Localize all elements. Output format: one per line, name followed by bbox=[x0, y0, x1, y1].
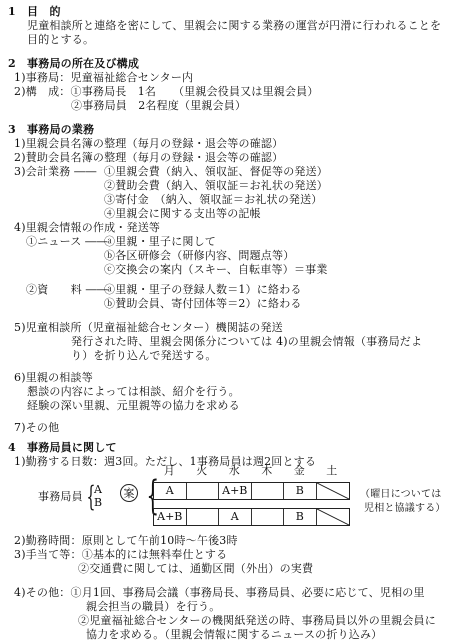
news-label: ①ニュース ―― bbox=[26, 235, 108, 248]
section-3-item-6-heading: 6)里親の相談等 bbox=[14, 371, 93, 384]
schedule-label: 事務局員 bbox=[38, 490, 83, 503]
cell-diagonal bbox=[317, 483, 350, 499]
cell bbox=[187, 483, 220, 499]
section-4-item-4a: 4)その他：①月1回、事務局会議（事務局長、事務局員、必要に応じて、児相の里 bbox=[14, 586, 425, 599]
schedule-row-1: A A+B B bbox=[153, 482, 350, 500]
section-3-item-1: 1)里親会員名簿の整理（毎月の登録・退会等の確認） bbox=[14, 137, 283, 150]
section-3-item-5-heading: 5)児童相談所（児童福祉総合センター）機関誌の発送 bbox=[14, 321, 283, 334]
section-4-heading: 4 事務局員に関して bbox=[8, 441, 117, 454]
schedule-note-line-1: （曜日については bbox=[360, 488, 441, 501]
accounting-line-3: ③寄付金 （納入、領収証＝お礼状の発送） bbox=[104, 193, 323, 206]
section-4-item-4b: 親会担当の職員）を行う。 bbox=[86, 600, 220, 613]
day-thu: 木 bbox=[251, 464, 284, 477]
section-4-item-2: 2)勤務時間：原則として午前10時～午後3時 bbox=[14, 534, 238, 547]
materials-line-1: ⓐ里親・里子の登録人数＝1）に絡わる bbox=[104, 283, 302, 296]
materials-label: ②資 料 ―― bbox=[26, 283, 108, 296]
accounting-line-4: ④里親会に関する支出等の記帳 bbox=[104, 207, 261, 220]
schedule-row-2: A+B A B bbox=[153, 508, 350, 526]
cell: A bbox=[219, 509, 252, 525]
section-1-body-line2: 目的とする。 bbox=[27, 33, 94, 46]
section-1-heading: 1 目 的 bbox=[8, 5, 61, 18]
section-3-item-3-label: 3)会計業務 ―― bbox=[14, 165, 97, 178]
section-3-heading: 3 事務局の業務 bbox=[8, 123, 94, 136]
section-1-body-line1: 児童相談所と連絡を密にして、里親会に関する業務の運営が円滑に行われることを bbox=[27, 19, 441, 32]
section-3-item-6-body-1: 懇談の内容によっては相談、紹介を行う。 bbox=[27, 385, 240, 398]
section-3-item-5-body-2: り）を折り込んで発送する。 bbox=[71, 349, 217, 362]
cell: B bbox=[284, 509, 317, 525]
section-2-item-1: 1)事務局：児童福祉総合センター内 bbox=[14, 71, 193, 84]
member-a: A bbox=[94, 483, 102, 496]
news-line-2: ⓑ各区研修会（研修内容、問題点等） bbox=[104, 249, 294, 262]
cell: A+B bbox=[219, 483, 252, 499]
day-wed: 水 bbox=[218, 464, 251, 477]
schedule-day-header: 月 火 水 木 金 土 bbox=[153, 464, 348, 477]
section-4-item-3a: 3)手当て等：①基本的には無料奉仕とする bbox=[14, 548, 227, 561]
cell: B bbox=[284, 483, 317, 499]
day-tue: 火 bbox=[186, 464, 219, 477]
section-2-item-2a: 2)構 成：①事務局長 1名 （里親会役員又は里親会員） bbox=[14, 85, 319, 98]
section-4-item-3b: ②交通費に関しては、通勤区間（外出）の実費 bbox=[78, 562, 313, 575]
member-b: B bbox=[94, 496, 102, 509]
section-4-item-4c: ②児童福祉総合センターの機関紙発送の時、事務局員以外の里親会員に bbox=[78, 614, 436, 627]
section-3-item-2: 2)賛助会員名簿の整理（毎月の登録・退会等の確認） bbox=[14, 151, 283, 164]
day-sat: 土 bbox=[316, 464, 349, 477]
day-fri: 金 bbox=[283, 464, 316, 477]
news-line-1: ⓐ里親・里子に関して bbox=[104, 235, 216, 248]
schedule-note-line-2: 児相と協議する） bbox=[364, 502, 446, 515]
plan-mark-circle: 案 bbox=[120, 484, 138, 502]
cell bbox=[187, 509, 220, 525]
section-2-heading: 2 事務局の所在及び構成 bbox=[8, 57, 139, 70]
accounting-line-2: ②賛助会費（納入、領収証＝お礼状の発送） bbox=[104, 179, 328, 192]
section-3-item-7-heading: 7)その他 bbox=[14, 421, 59, 434]
section-2-item-2b: ②事務局員 2名程度（里親会員） bbox=[71, 99, 246, 112]
accounting-line-1: ①里親会費（納入、領収証、督促等の発送） bbox=[104, 165, 328, 178]
news-line-3: ⓒ交換会の案内（スキー、自転車等）＝事業 bbox=[104, 263, 328, 276]
section-3-item-4-heading: 4)里親会情報の作成・発送等 bbox=[14, 221, 160, 234]
materials-line-2: ⓑ賛助会員、寄付団体等＝2）に絡わる bbox=[104, 297, 302, 310]
cell: A bbox=[154, 483, 187, 499]
section-3-item-5-body-1: 発行された時、里親会関係分については 4)の里親会情報（事務局だよ bbox=[71, 335, 422, 348]
section-4-item-4d: 協力を求める。（里親会情報に関するニュースの折り込み） bbox=[86, 628, 382, 641]
cell bbox=[252, 483, 285, 499]
cell: A+B bbox=[154, 509, 187, 525]
section-3-item-6-body-2: 経験の深い里親、元里親等の協力を求める bbox=[27, 399, 240, 412]
cell bbox=[252, 509, 285, 525]
cell-diagonal bbox=[317, 509, 350, 525]
